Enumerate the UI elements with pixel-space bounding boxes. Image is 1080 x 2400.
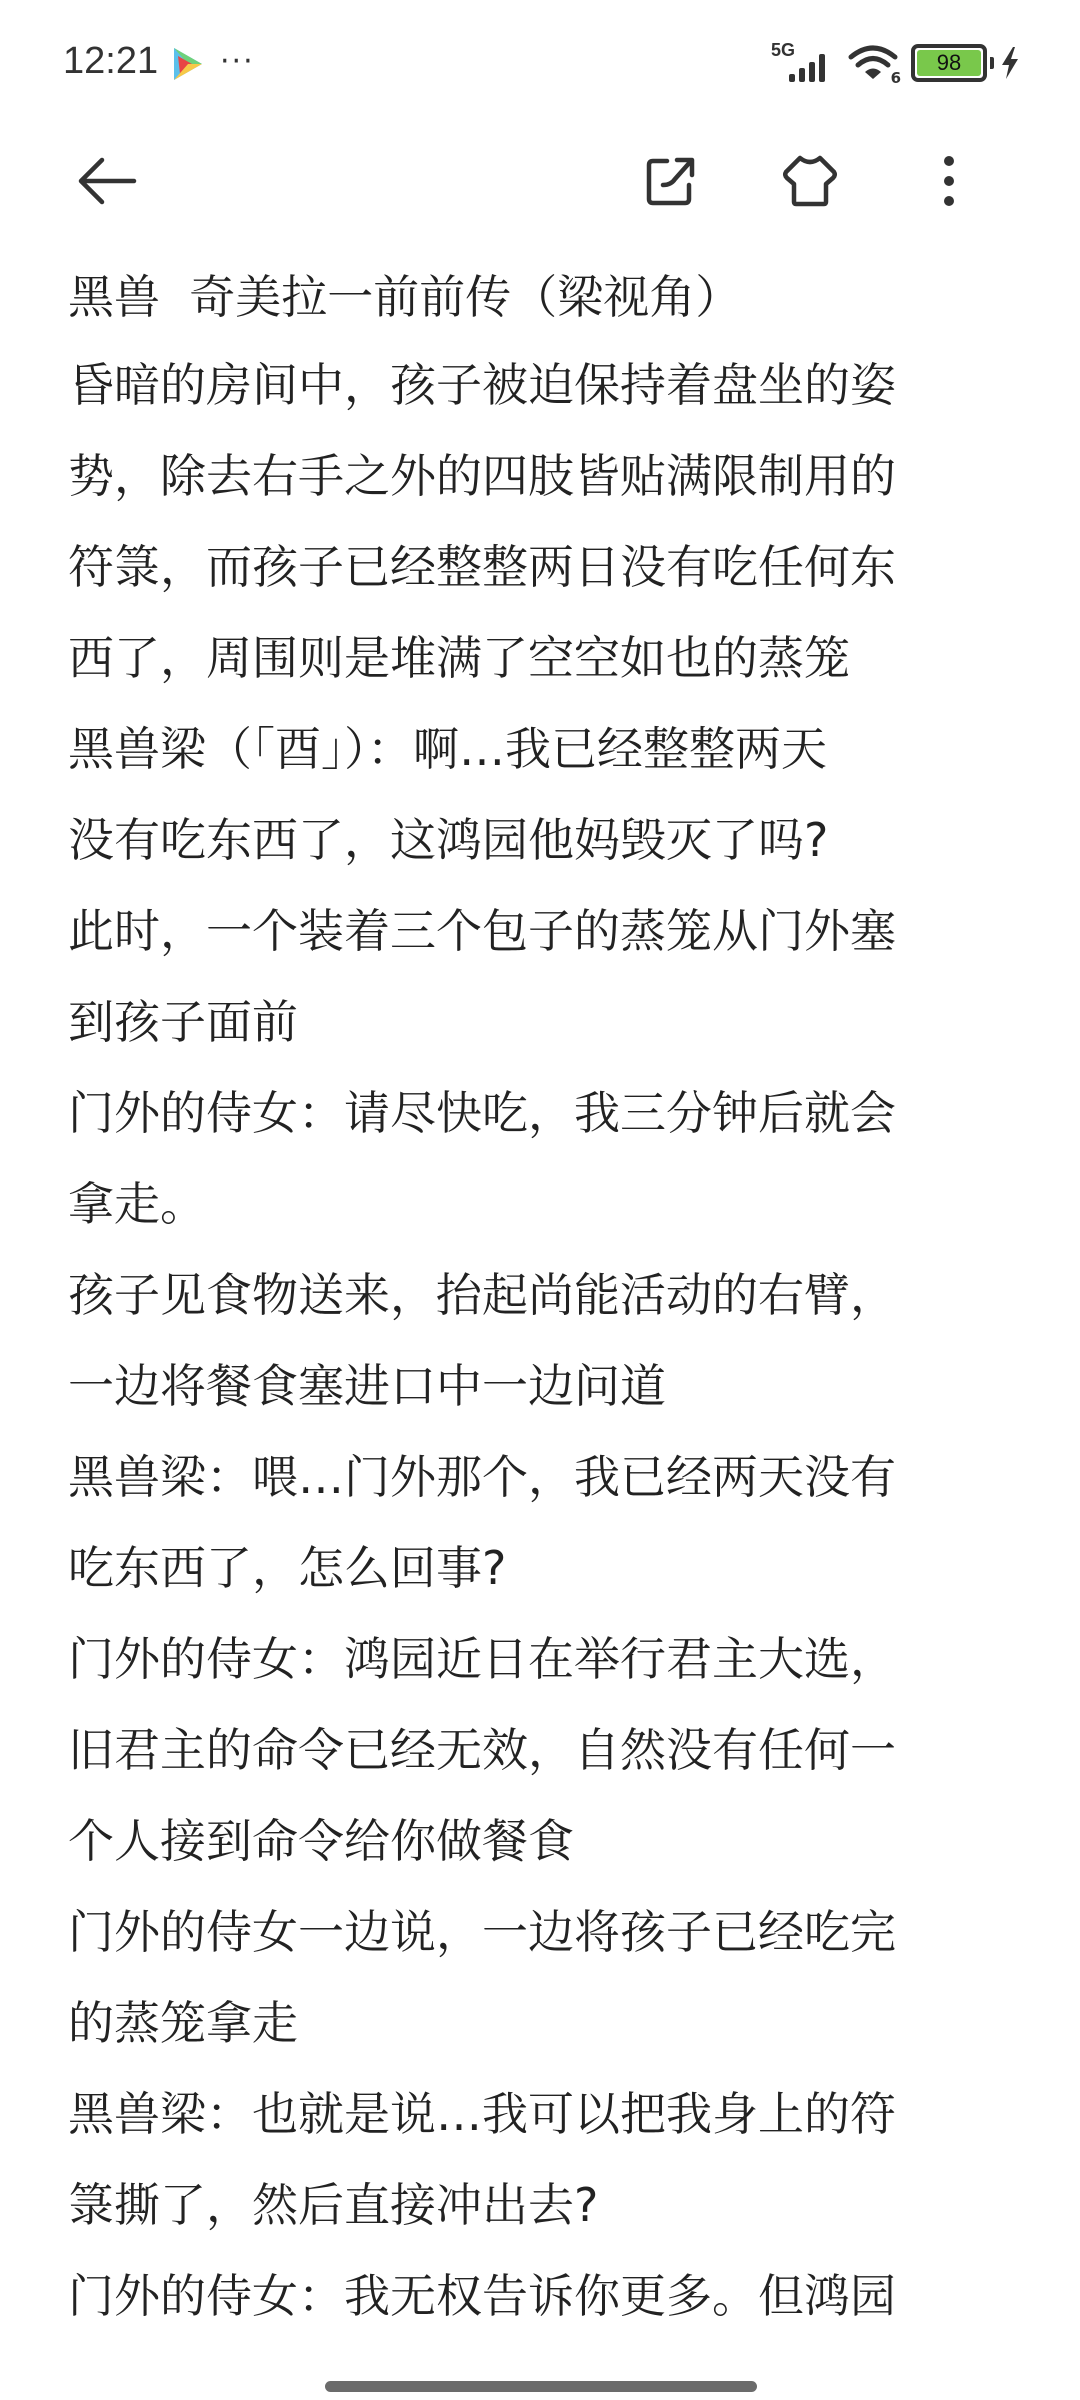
article-line: 黑兽梁：喂…门外那个，我已经两天没有 bbox=[68, 1432, 1008, 1523]
more-options-button[interactable] bbox=[914, 146, 984, 216]
article-line: 拿走。 bbox=[68, 1159, 1008, 1250]
share-button[interactable] bbox=[636, 146, 706, 216]
toolbar bbox=[0, 130, 1080, 230]
article-line: 个人接到命令给你做餐食 bbox=[68, 1796, 1008, 1887]
article-title: 黑兽 奇美拉一前前传（梁视角） bbox=[68, 262, 1008, 340]
article-line: 到孩子面前 bbox=[68, 977, 1008, 1068]
more-vertical-icon bbox=[943, 155, 955, 207]
article-line: 门外的侍女：鸿园近日在举行君主大选， bbox=[68, 1614, 1008, 1705]
article-line: 门外的侍女一边说，一边将孩子已经吃完 bbox=[68, 1887, 1008, 1978]
article-line: 孩子见食物送来，抬起尚能活动的右臂， bbox=[68, 1250, 1008, 1341]
battery-icon: 98 bbox=[911, 44, 1020, 82]
battery-percent: 98 bbox=[917, 50, 981, 76]
article-line: 西了，周围则是堆满了空空如也的蒸笼 bbox=[68, 613, 1008, 704]
article-line: 箓撕了，然后直接冲出去? bbox=[68, 2160, 1008, 2251]
article-line: 一边将餐食塞进口中一边问道 bbox=[68, 1341, 1008, 1432]
article-line: 旧君主的命令已经无效，自然没有任何一 bbox=[68, 1705, 1008, 1796]
article-line: 势，除去右手之外的四肢皆贴满限制用的 bbox=[68, 431, 1008, 522]
article-line: 没有吃东西了，这鸿园他妈毁灭了吗? bbox=[68, 795, 1008, 886]
article-line: 门外的侍女：我无权告诉你更多。但鸿园 bbox=[68, 2251, 1008, 2342]
wifi-badge: 6 bbox=[891, 69, 901, 87]
article-line: 昏暗的房间中，孩子被迫保持着盘坐的姿 bbox=[68, 340, 1008, 431]
status-time: 12:21 bbox=[63, 40, 158, 83]
home-gesture-bar[interactable] bbox=[325, 2381, 757, 2392]
arrow-left-icon bbox=[76, 156, 138, 206]
article-line: 黑兽梁：也就是说…我可以把我身上的符 bbox=[68, 2069, 1008, 2160]
more-notifications-icon: ··· bbox=[220, 44, 255, 79]
theme-shirt-icon bbox=[780, 154, 840, 208]
article-line: 门外的侍女：请尽快吃，我三分钟后就会 bbox=[68, 1068, 1008, 1159]
play-store-icon bbox=[172, 46, 204, 82]
article-line: 此时，一个装着三个包子的蒸笼从门外塞 bbox=[68, 886, 1008, 977]
back-button[interactable] bbox=[72, 146, 142, 216]
wifi-icon: 6 bbox=[847, 41, 899, 85]
article-content: 黑兽 奇美拉一前前传（梁视角） 昏暗的房间中，孩子被迫保持着盘坐的姿 势，除去右… bbox=[68, 262, 1008, 2342]
status-icons: 5G 6 98 bbox=[771, 38, 1020, 88]
share-icon bbox=[645, 155, 697, 207]
charging-bolt-icon bbox=[1000, 47, 1020, 79]
cellular-signal-icon: 5G bbox=[771, 40, 835, 86]
article-line: 黑兽梁（「酉」）：啊…我已经整整两天 bbox=[68, 704, 1008, 795]
article-line: 符箓，而孩子已经整整两日没有吃任何东 bbox=[68, 522, 1008, 613]
theme-button[interactable] bbox=[775, 146, 845, 216]
article-line: 的蒸笼拿走 bbox=[68, 1978, 1008, 2069]
status-bar: 12:21 ··· 5G 6 98 bbox=[0, 0, 1080, 120]
article-line: 吃东西了，怎么回事? bbox=[68, 1523, 1008, 1614]
